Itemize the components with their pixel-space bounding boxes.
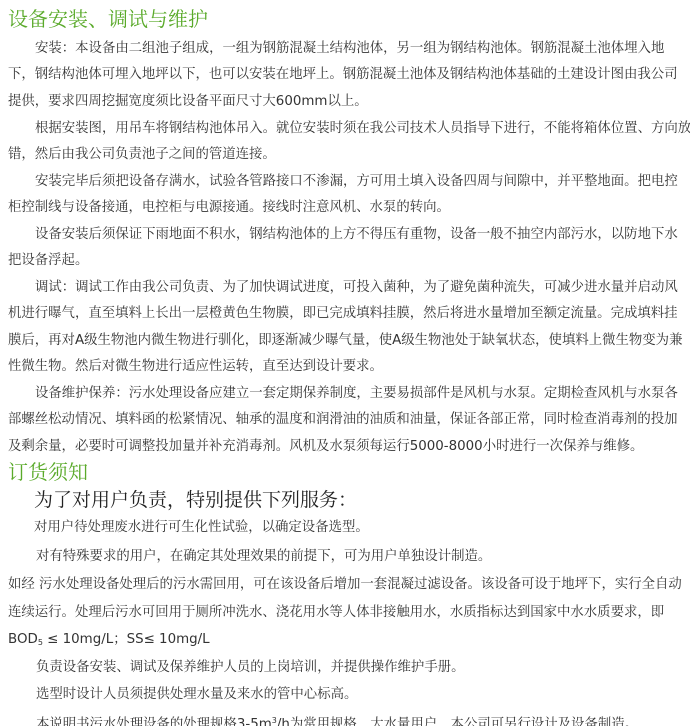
- bod-value: ≤ 10mg/L；SS≤ 10mg/L: [43, 632, 210, 647]
- paragraph-line: 柜控制线与设备接通，电控柜与电源接通。接线时注意风机、水泵的转向。: [8, 199, 450, 216]
- service-item: 对有特殊要求的用户，在确定其处理效果的前提下，可为用户单独设计制造。: [36, 548, 491, 565]
- service-item: 选型时设计人员须提供处理水量及来水的管中心标高。: [36, 686, 357, 703]
- paragraph-line: 及剩余量，必要时可调整投加量并补充消毒剂。风机及水泵须每运行5000-8000小…: [8, 438, 643, 455]
- water-quality-line: BOD5 ≤ 10mg/L；SS≤ 10mg/L: [8, 631, 210, 651]
- service-item: 连续运行。处理后污水可回用于厕所冲洗水、浇花用水等人体非接触用水，水质指标达到国…: [8, 604, 664, 621]
- ordering-subtitle: 为了对用户负责，特别提供下列服务：: [34, 488, 357, 512]
- paragraph-line: 设备维护保养：污水处理设备应建立一套定期保养制度，主要易损部件是风机与水泵。定期…: [35, 385, 678, 402]
- document-page: 设备安装、调试与维护 安装：本设备由二组池子组成，一组为钢筋混凝土结构池体，另一…: [0, 0, 690, 726]
- paragraph-line: 膜后，再对A级生物池内微生物进行驯化，即逐渐减少曝气量，使A级生物池处于缺氧状态…: [8, 332, 682, 349]
- paragraph-line: 错，然后由我公司负责池子之间的管道连接。: [8, 146, 276, 163]
- service-item: 如经 污水处理设备处理后的污水需回用，可在该设备后增加一套混凝过滤设备。该设备可…: [8, 576, 682, 593]
- bod-label: BOD: [8, 632, 38, 647]
- paragraph-line: 设备安装后须保证下雨地面不积水，钢结构池体的上方不得压有重物，设备一般不抽空内部…: [35, 226, 678, 243]
- spec-line: 本说明书污水处理设备的处理规格3-5m3/h为常用规格，大水量用户，本公司可另行…: [36, 712, 638, 726]
- paragraph-line: 部螺丝松动情况、填料函的松紧情况、轴承的温度和润滑油的油质和油量，保证各部正常，…: [8, 411, 678, 428]
- paragraph-line: 安装：本设备由二组池子组成，一组为钢筋混凝土结构池体，另一组为钢结构池体。钢筋混…: [35, 40, 664, 57]
- paragraph-line: 安装完毕后须把设备存满水，试验各管路接口不渗漏，方可用土填入设备四周与间隙中，并…: [35, 173, 678, 190]
- section-title-ordering: 订货须知: [8, 460, 88, 484]
- section-title-install: 设备安装、调试与维护: [8, 7, 208, 31]
- paragraph-line: 提供，要求四周挖掘宽度须比设备平面尺寸大600mm以上。: [8, 93, 368, 110]
- paragraph-line: 把设备浮起。: [8, 252, 88, 269]
- spec-text: 本说明书污水处理设备的处理规格3-5m: [36, 717, 272, 726]
- paragraph-line: 根据安装图，用吊车将钢结构池体吊入。就位安装时须在我公司技术人员指导下进行，不能…: [35, 120, 690, 137]
- spec-text-tail: /h为常用规格，大水量用户，本公司可另行设计及设备制造。: [277, 717, 638, 726]
- service-item: 对用户待处理废水进行可生化性试验，以确定设备选型。: [34, 519, 369, 536]
- paragraph-line: 机进行曝气，直至填料上长出一层橙黄色生物膜，即已完成填料挂膜，然后将进水量增加至…: [8, 305, 678, 322]
- paragraph-line: 下，钢结构池体可埋入地坪以下，也可以安装在地坪上。钢筋混凝土池体及钢结构池体基础…: [8, 66, 678, 83]
- service-item: 负责设备安装、调试及保养维护人员的上岗培训，并提供操作维护手册。: [36, 659, 465, 676]
- paragraph-line: 调试：调试工作由我公司负责、为了加快调试进度，可投入菌种，为了避免菌种流失，可减…: [35, 279, 678, 296]
- paragraph-line: 性微生物。然后对微生物进行适应性运转，直至达到设计要求。: [8, 358, 383, 375]
